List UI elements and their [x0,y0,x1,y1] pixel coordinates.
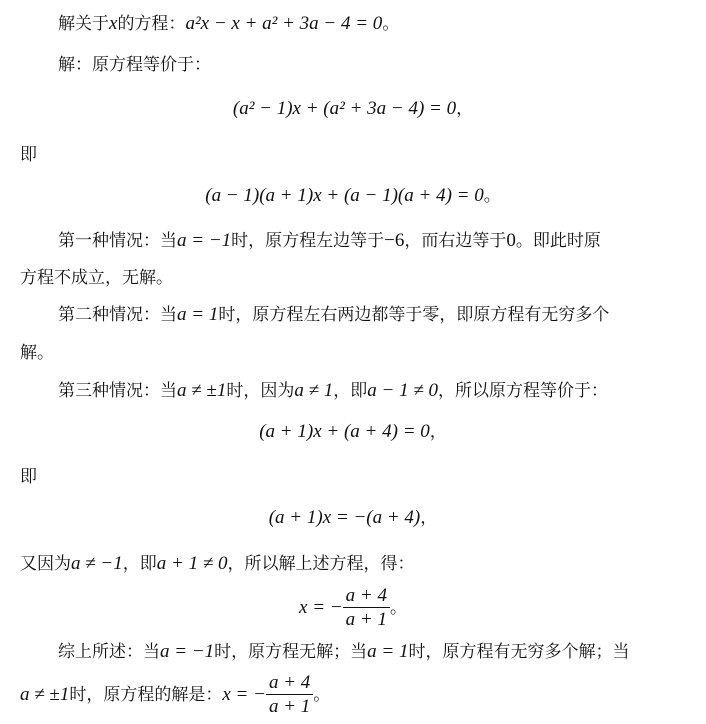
summary-text-3: 时，原方程的解是： [69,685,222,705]
equation-3: (a + 1)x + (a + 4) = 0， [0,420,706,444]
case-3-text-2: ，即 [333,381,367,401]
because-text-2: ，即 [123,554,157,574]
case-3-label: 第三种情况：当 [58,381,177,401]
case-3-condition: a ≠ ±1 [177,380,226,401]
equation-3-end: ， [430,422,447,442]
solution-intro: 解：原方程等价于： [58,53,211,77]
equation-2-body: (a − 1)(a + 1)x + (a − 1)(a + 4) = 0 [205,185,483,206]
summary-label: 综上所述：当 [58,642,160,662]
case-3-condition-3: a − 1 ≠ 0 [367,380,438,401]
equation-5-lhs: x = − [299,597,343,618]
ji-2: 即 [20,465,37,489]
summary-condition-1: a = −1 [160,641,214,662]
equation-1-end: ， [456,99,473,119]
because-condition-2: a + 1 ≠ 0 [157,553,228,574]
problem-end: 。 [382,14,399,34]
fraction-denominator: a + 1 [343,608,390,632]
equation-5-end: 。 [390,598,407,618]
case-1-text-2: ，而右边等于 [404,231,506,251]
problem-statement: 解关于x的方程：a²x − x + a² + 3a − 4 = 0。 [58,12,399,36]
summary-text-2: 时，原方程有无穷多个解；当 [408,642,629,662]
case-3-line-1: 第三种情况：当a ≠ ±1时，因为a ≠ 1，即a − 1 ≠ 0，所以原方程等… [58,379,608,403]
because-text-1: 又因为 [20,554,71,574]
case-1-text-1: 时，原方程左边等于 [231,231,384,251]
because-text-3: ，所以解上述方程，得： [228,554,415,574]
case-1-label: 第一种情况：当 [58,231,177,251]
case-3-text-1: 时，因为 [226,381,294,401]
case-2-line-2: 解。 [20,341,54,365]
summary-line-2: a ≠ ±1时，原方程的解是：x = −a + 4a + 1。 [20,672,330,719]
summary-fraction-numerator: a + 4 [266,672,313,695]
case-3-text-3: ，所以原方程等价于： [438,381,608,401]
summary-condition-2: a = 1 [367,641,408,662]
because-line: 又因为a ≠ −1，即a + 1 ≠ 0，所以解上述方程，得： [20,552,415,576]
case-1-lhs-value: −6 [384,230,404,251]
case-1-text-3: 。即此时原 [516,231,601,251]
case-3-condition-2: a ≠ 1 [294,380,333,401]
case-2-text-1: 时，原方程左右两边都等于零，即原方程有无穷多个 [218,305,609,325]
summary-fraction: a + 4a + 1 [266,672,313,719]
case-2-line-1: 第二种情况：当a = 1时，原方程左右两边都等于零，即原方程有无穷多个 [58,303,609,327]
equation-4: (a + 1)x = −(a + 4)， [0,506,706,530]
equation-2: (a − 1)(a + 1)x + (a − 1)(a + 4) = 0。 [0,184,706,208]
problem-mid: 的方程： [117,14,185,34]
problem-equation: a²x − x + a² + 3a − 4 = 0 [185,13,382,34]
summary-text-1: 时，原方程无解；当 [214,642,367,662]
problem-prefix: 解关于 [58,14,109,34]
case-2-condition: a = 1 [177,304,218,325]
summary-fraction-denominator: a + 1 [266,695,313,719]
equation-5: x = −a + 4a + 1。 [0,585,706,632]
case-1-line-1: 第一种情况：当a = −1时，原方程左边等于−6，而右边等于0。即此时原 [58,229,601,253]
equation-2-end: 。 [484,186,501,206]
equation-4-body: (a + 1)x = −(a + 4) [269,507,421,528]
fraction: a + 4a + 1 [343,585,390,632]
equation-1-body: (a² − 1)x + (a² + 3a − 4) = 0 [233,98,456,119]
summary-condition-3: a ≠ ±1 [20,684,69,705]
summary-lhs: x = − [222,684,266,705]
equation-4-end: ， [420,508,437,528]
ji-1: 即 [20,143,37,167]
equation-3-body: (a + 1)x + (a + 4) = 0 [259,421,430,442]
because-condition: a ≠ −1 [71,553,123,574]
equation-1: (a² − 1)x + (a² + 3a − 4) = 0， [0,97,706,121]
case-1-condition: a = −1 [177,230,231,251]
summary-end: 。 [313,685,330,705]
summary-line-1: 综上所述：当a = −1时，原方程无解；当a = 1时，原方程有无穷多个解；当 [58,640,629,664]
case-2-label: 第二种情况：当 [58,305,177,325]
case-1-rhs-value: 0 [506,230,516,251]
fraction-numerator: a + 4 [343,585,390,608]
case-1-line-2: 方程不成立，无解。 [20,266,173,290]
